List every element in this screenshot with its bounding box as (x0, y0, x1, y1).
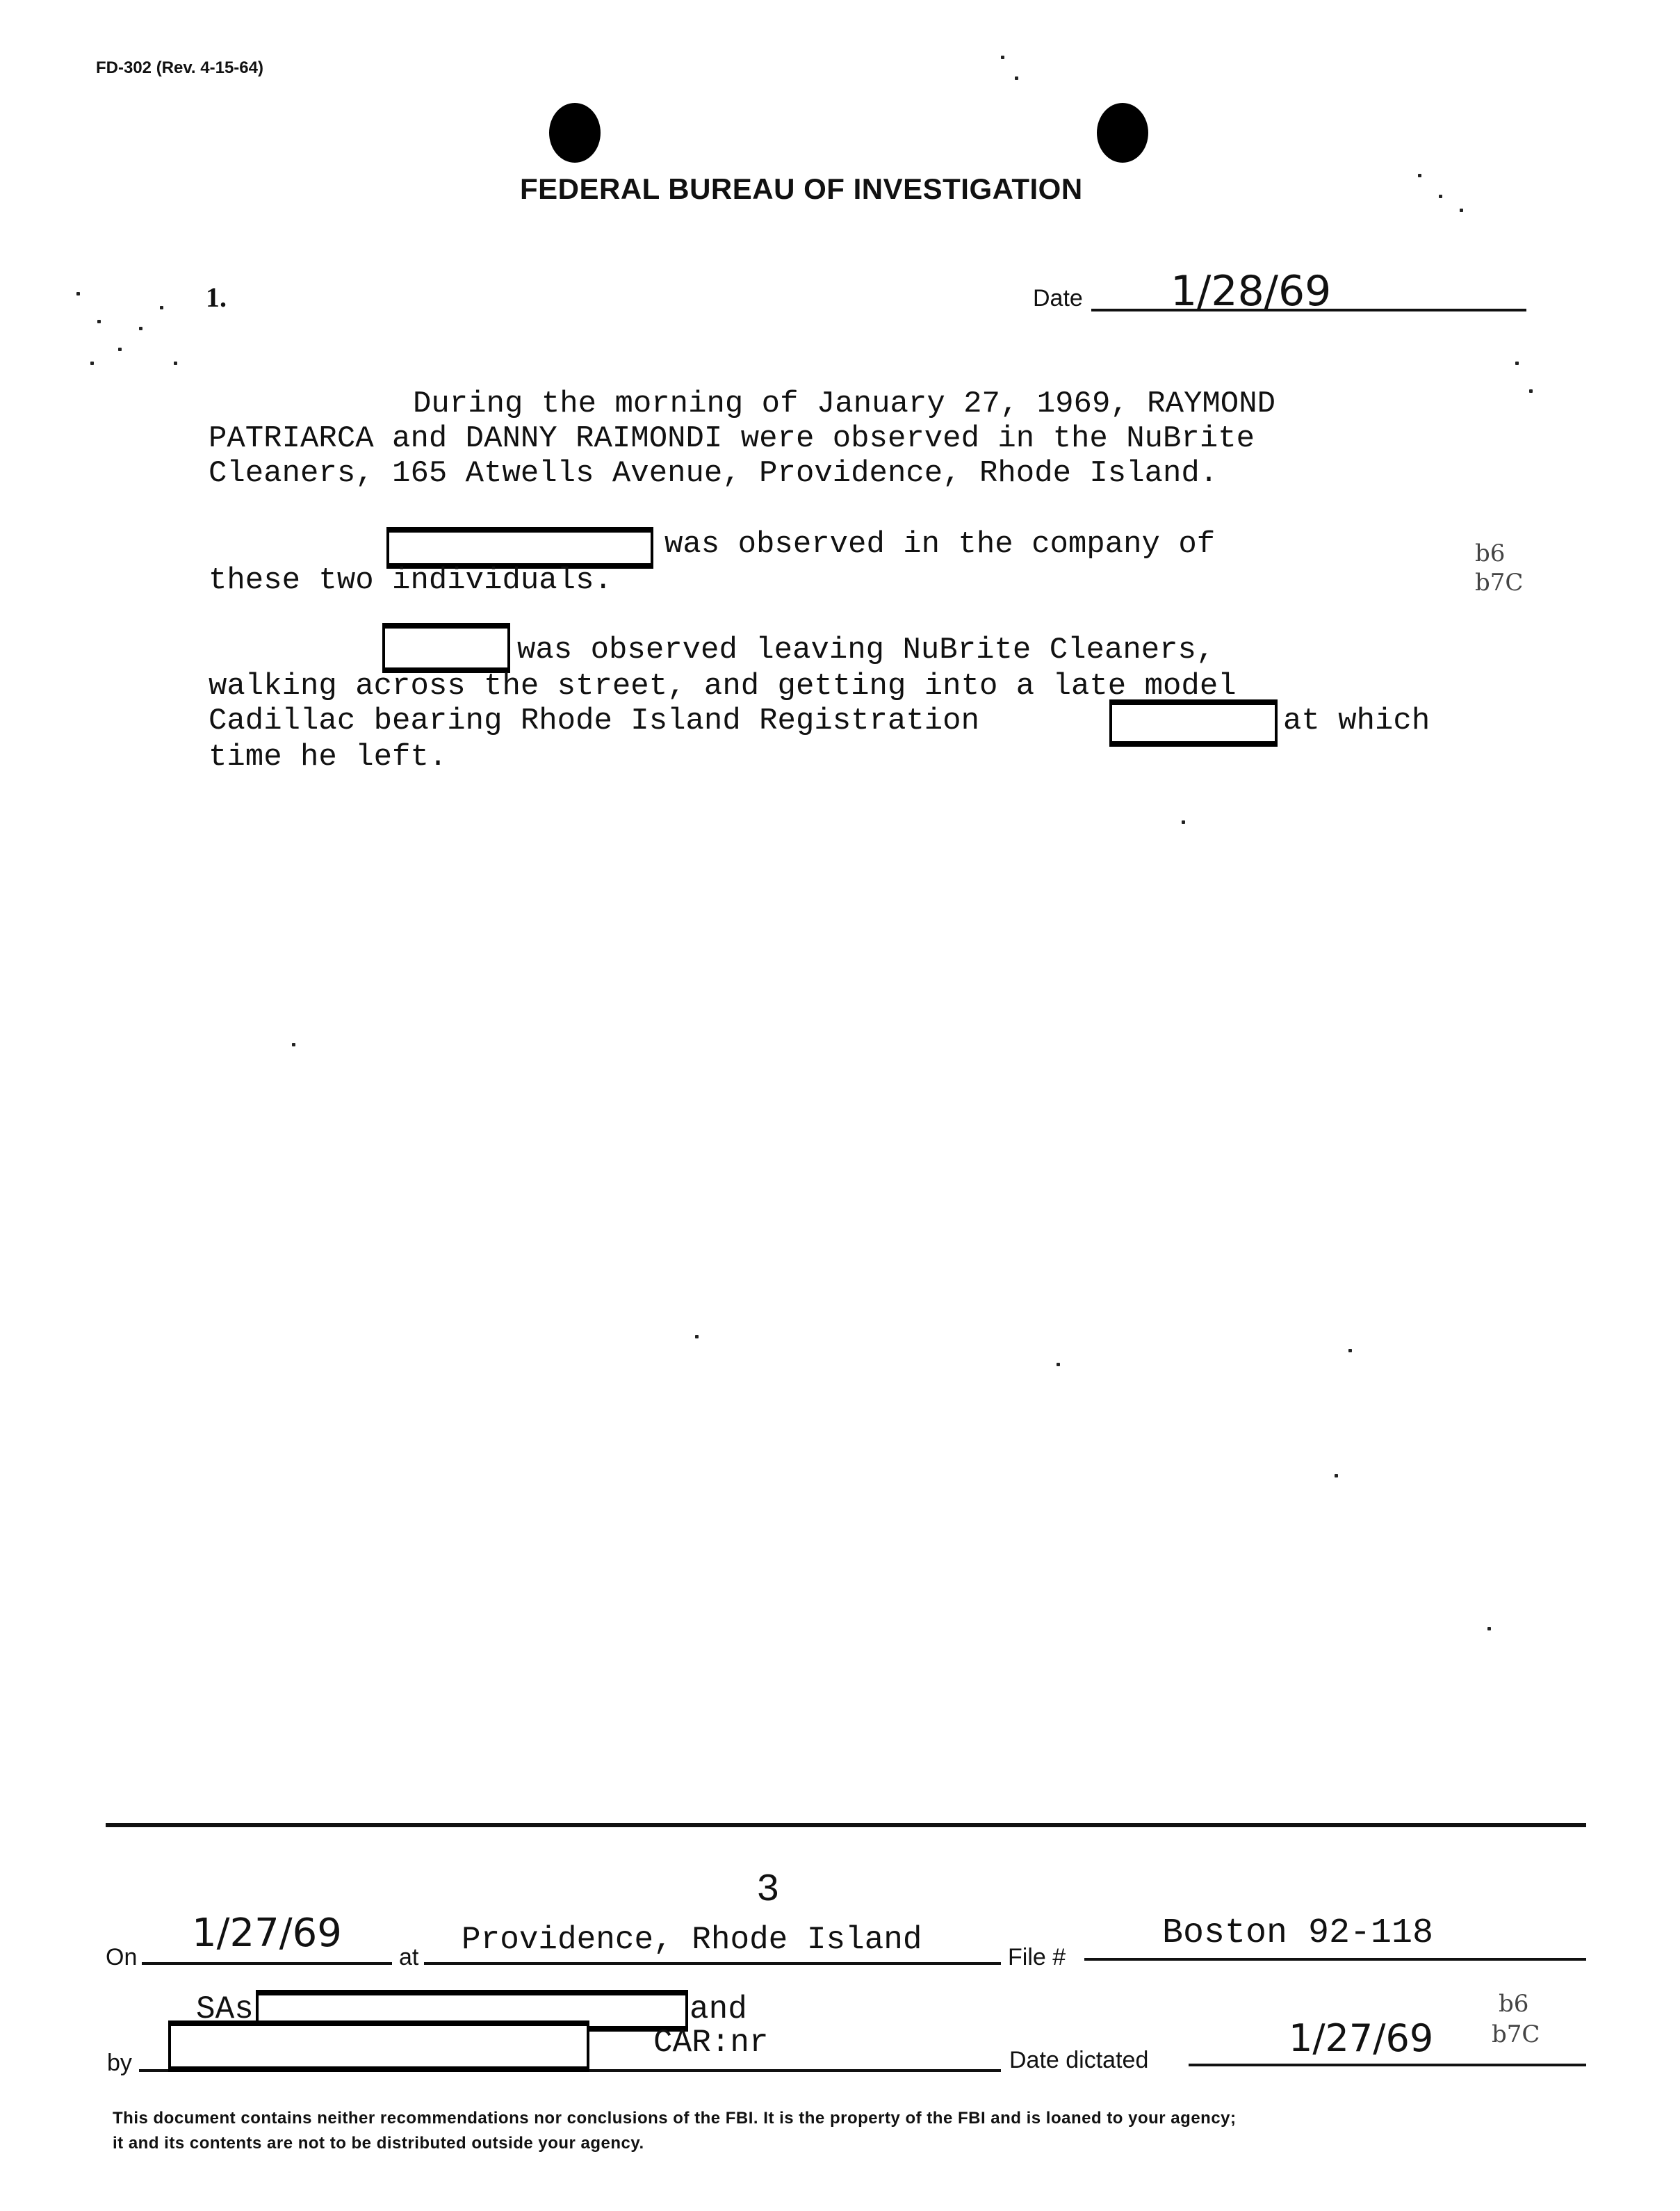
at-label: at (399, 1944, 418, 1971)
page-number: 3 (756, 1868, 780, 1912)
paragraph1-line1: During the morning of January 27, 1969, … (413, 387, 1275, 421)
paragraph3-line3: Cadillac bearing Rhode Island Registrati… (209, 704, 979, 738)
at-value: Providence, Rhode Island (462, 1922, 922, 1958)
punch-hole-right-icon (1097, 103, 1148, 163)
date-value: 1/28/69 (1171, 267, 1331, 316)
paragraph3-line1: was observed leaving NuBrite Cleaners, (517, 633, 1214, 667)
on-value: 1/27/69 (192, 1911, 342, 1956)
paragraph3-line3-end: at which (1283, 704, 1430, 738)
redaction-box-subject-2 (382, 623, 510, 673)
redaction-box-registration (1109, 699, 1278, 747)
paragraph1-line2: PATRIARCA and DANNY RAIMONDI were observ… (209, 421, 1255, 456)
paragraph2-line1: was observed in the company of (664, 527, 1215, 562)
car-value: CAR:nr (653, 2025, 769, 2061)
and-label: and (690, 1991, 747, 2027)
exemption-b7c-bottom: b7C (1492, 2020, 1540, 2048)
punch-hole-left-icon (549, 103, 601, 163)
paragraph1-line3: Cleaners, 165 Atwells Avenue, Providence… (209, 456, 1218, 491)
at-underline (424, 1962, 1001, 1965)
disclaimer-line1: This document contains neither recommend… (113, 2107, 1237, 2130)
fd302-document-page: FD-302 (Rev. 4-15-64) FEDERAL BUREAU OF … (0, 0, 1680, 2211)
paragraph2-line2: these two individuals. (209, 563, 612, 598)
date-dictated-underline (1189, 2064, 1586, 2066)
file-label: File # (1008, 1944, 1066, 1971)
disclaimer-line2: it and its contents are not to be distri… (113, 2132, 644, 2155)
date-label: Date (1033, 285, 1083, 312)
by-label: by (107, 2050, 132, 2077)
exemption-b6-top: b6 (1475, 540, 1505, 567)
file-underline (1084, 1958, 1586, 1961)
exemption-b6-bottom: b6 (1499, 1990, 1528, 2018)
redaction-box-subject-1 (386, 527, 653, 569)
exemption-b7c-top: b7C (1475, 569, 1523, 597)
date-dictated-label: Date dictated (1009, 2047, 1148, 2074)
on-label: On (106, 1944, 137, 1971)
paragraph3-line4: time he left. (209, 740, 447, 775)
on-underline (142, 1962, 392, 1965)
agency-title: FEDERAL BUREAU OF INVESTIGATION (520, 172, 1083, 206)
paragraph3-line2: walking across the street, and getting i… (209, 669, 1237, 704)
date-dictated-value: 1/27/69 (1289, 2016, 1433, 2060)
footer-divider (106, 1823, 1586, 1827)
form-id: FD-302 (Rev. 4-15-64) (96, 58, 263, 78)
file-value: Boston 92-118 (1162, 1913, 1433, 1953)
page-mark: 1. (206, 281, 227, 314)
redaction-box-agent-2 (168, 2020, 589, 2072)
